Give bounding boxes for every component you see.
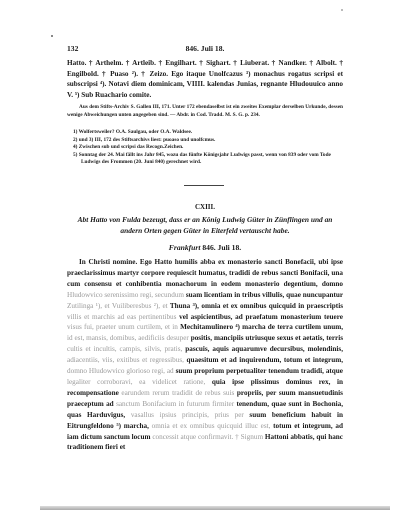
source-note: Aus dem Stifts-Archiv S. Gallen III, 171…	[67, 104, 343, 119]
body-text-segment: id est, mansis, domibus, aedificiis desu…	[67, 334, 189, 342]
body-text-segment: legaliter corroboravi, ea videlicet rati…	[67, 378, 205, 386]
body-text-segment: cultis et incultis, campis, silvis, prat…	[67, 345, 182, 353]
section-divider	[184, 185, 224, 186]
previous-charter-ending: Hatto. † Arthelm. † Artleib. † Engilhart…	[67, 58, 343, 100]
body-text-segment: domno Hludowvico glorioso regi, ad	[67, 367, 174, 375]
scanned-book-page: 132 846. Juli 18. Hatto. † Arthelm. † Ar…	[0, 0, 396, 512]
body-text-segment: concessit atque confirmavit. † Signum	[152, 433, 263, 441]
document-title: Abt Hatto von Fulda bezeugt, dass er an …	[67, 215, 343, 236]
body-text-segment: Mechitamulinero ⁴) marcha de terra curti…	[178, 323, 343, 331]
body-text-segment: sanctum Bonifacium in futurum firmiter	[116, 400, 234, 408]
footnote: 4) Zwischen sub und scripsi das Recogn.Z…	[73, 144, 343, 152]
body-text-segment: suam licentiam in tribus villulis, quae …	[184, 291, 343, 299]
document-date: 846. Juli 18.	[202, 243, 241, 252]
body-text-segment: In Christi nomine. Ego Hatto humilis abb…	[67, 258, 343, 288]
body-text-segment: suum proprium perpetualiter tenendum tra…	[174, 367, 343, 375]
charter-body: In Christi nomine. Ego Hatto humilis abb…	[67, 257, 343, 453]
scan-speck	[341, 9, 343, 11]
body-text-segment: quaesitum et ad inquirendum, totum et in…	[184, 356, 343, 364]
document-number: CXIII.	[67, 203, 343, 211]
document-dateline: Frankfurt 846. Juli 18.	[67, 243, 343, 252]
body-text-segment: positis, mancipiis utriusque sexus et ae…	[189, 334, 343, 342]
body-text-segment: Thuna ³), omnia et ex omnibus quicquid i…	[168, 302, 343, 310]
body-text-segment: earundem rerum tradidit de rebus suis	[121, 389, 234, 397]
body-text-segment: Zutilinga ¹), et Vuiliberesbus ²), et	[67, 302, 168, 310]
footnotes: 1) Wolfertsweiler? O.A. Saulgau, oder O.…	[73, 129, 343, 167]
document-place: Frankfurt	[169, 243, 201, 252]
body-text-segment: visus fui, praeter unum curtilem, et in	[67, 323, 178, 331]
footnote: 5) Sonntag der 24. Mai fällt ins Jahr 84…	[73, 152, 343, 167]
running-head: 846. Juli 18.	[67, 44, 343, 53]
scan-speck	[51, 35, 53, 37]
scan-bottom-edge	[40, 506, 390, 510]
body-text-segment: pascuis, aquis aquarumve decursibus, mol…	[182, 345, 343, 353]
source-note-text: Aus dem Stifts-Archiv S. Gallen III, 171…	[67, 104, 343, 119]
body-text-segment: villis et marchis ad eas pertinentibus	[67, 313, 176, 321]
body-text-segment: vel aspicientibus, ad praefatum monaster…	[176, 313, 343, 321]
footnote: 1) Wolfertsweiler? O.A. Saulgau, oder O.…	[73, 129, 343, 137]
charter-body-text: In Christi nomine. Ego Hatto humilis abb…	[67, 257, 343, 453]
body-text-segment: omnia et ex omnibus quicquid illuc est,	[152, 422, 271, 430]
body-text-segment: adiacentiis, viis, exitibus et regressib…	[67, 356, 184, 364]
body-text-segment: Hludowvico serenissimo regi, secundum	[67, 291, 184, 299]
body-text-segment: vasallus ipsius principis, prius per	[131, 411, 244, 419]
page-header: 132 846. Juli 18.	[67, 44, 343, 54]
